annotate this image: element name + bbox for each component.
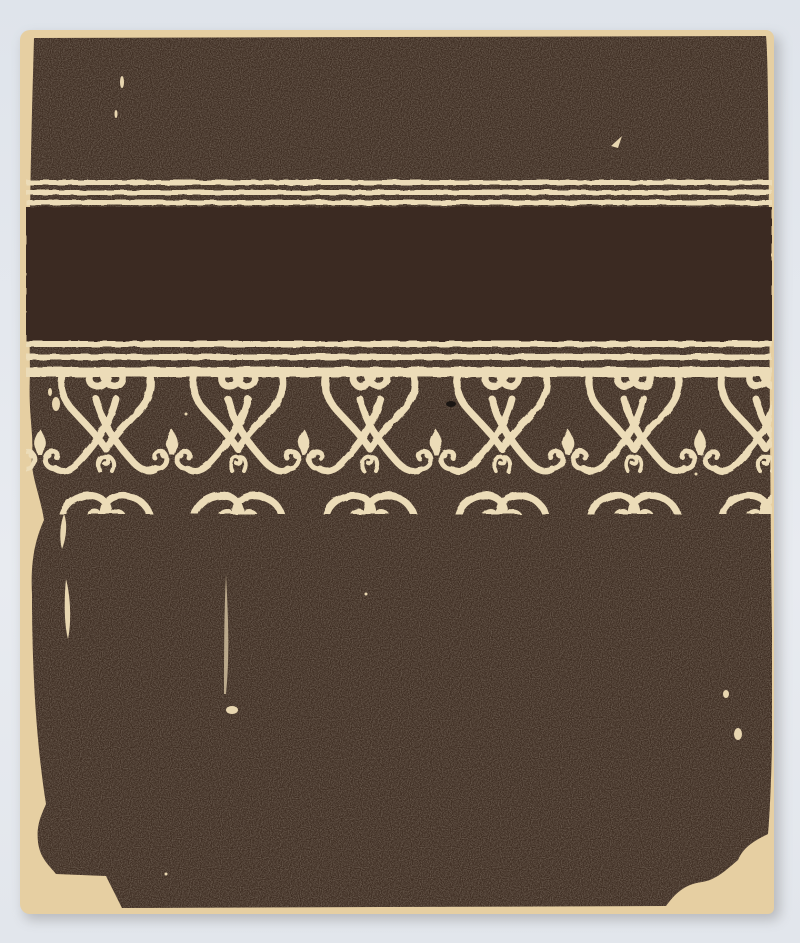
bottom-rule-3 xyxy=(26,367,772,377)
book: Dark brown worn paper cover with a cream… xyxy=(20,30,774,914)
ornamental-border-band xyxy=(26,180,772,514)
top-rule-2 xyxy=(26,190,772,195)
book-cover xyxy=(26,34,772,910)
top-rule-3 xyxy=(26,200,772,205)
bottom-rule-2 xyxy=(26,354,772,360)
dark-spot xyxy=(446,401,456,407)
top-rule-1 xyxy=(26,180,772,185)
bottom-rule-1 xyxy=(26,341,772,347)
scroll-ornament-pattern xyxy=(26,376,772,514)
